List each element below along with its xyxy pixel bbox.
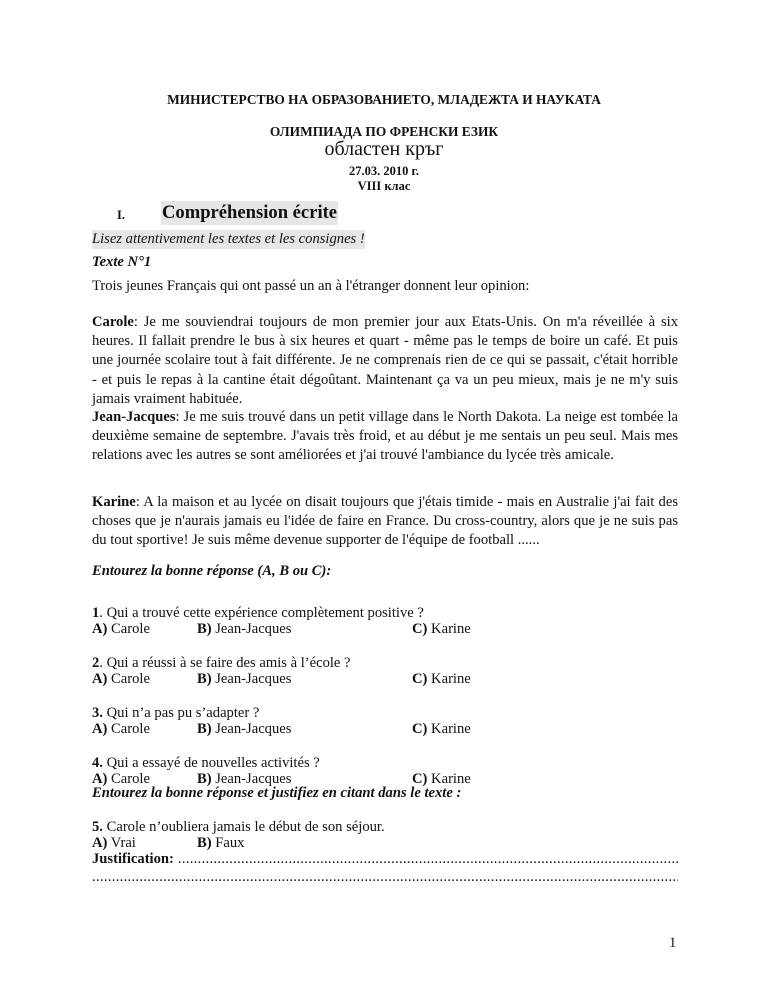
answer-option-b[interactable]: B) Faux	[197, 835, 244, 852]
option-label: Carole	[107, 621, 150, 637]
testimony-text: : A la maison et au lycée on disait touj…	[92, 494, 678, 548]
answer-option-c[interactable]: C) Karine	[412, 671, 471, 688]
reading-instruction: Lisez attentivement les textes et les co…	[92, 230, 365, 249]
option-letter: B)	[197, 835, 212, 851]
speaker-name: Karine	[92, 494, 136, 510]
testimony-carole: Carole: Je me souviendrai toujours de mo…	[92, 313, 678, 409]
answer-option-b[interactable]: B) Jean-Jacques	[197, 621, 291, 638]
ministry-title: МИНИСТЕРСТВО НА ОБРАЗОВАНИЕТО, МЛАДЕЖТА …	[0, 92, 768, 108]
answer-option-b[interactable]: B) Jean-Jacques	[197, 671, 291, 688]
round-title: областен кръг	[0, 138, 768, 161]
question-3: 3. Qui n’a pas pu s’adapter ?	[92, 705, 259, 722]
text-label: Texte N°1	[92, 254, 151, 271]
option-letter: B)	[197, 671, 212, 687]
option-letter: A)	[92, 835, 107, 851]
option-letter: B)	[197, 721, 212, 737]
answer-option-a[interactable]: A) Carole	[92, 621, 150, 638]
answer-option-a[interactable]: A) Carole	[92, 721, 150, 738]
option-label: Carole	[107, 671, 150, 687]
question-number: 3.	[92, 705, 103, 721]
exam-date: 27.03. 2010 г.	[0, 164, 768, 179]
question-5: 5. Carole n’oubliera jamais le début de …	[92, 819, 385, 836]
question-text: Carole n’oubliera jamais le début de son…	[103, 819, 385, 835]
answer-option-a[interactable]: A) Vrai	[92, 835, 136, 852]
round-label: областен кръг	[325, 138, 444, 160]
text-intro: Trois jeunes Français qui ont passé un a…	[92, 278, 529, 295]
question-4: 4. Qui a essayé de nouvelles activités ?	[92, 755, 320, 772]
option-letter: C)	[412, 721, 427, 737]
option-label: Jean-Jacques	[212, 721, 292, 737]
option-label: Carole	[107, 721, 150, 737]
option-letter: C)	[412, 621, 427, 637]
testimony-jean-jacques: Jean-Jacques: Je me suis trouvé dans un …	[92, 408, 678, 466]
option-label: Karine	[427, 721, 470, 737]
question-text: . Qui a réussi à se faire des amis à l’é…	[99, 655, 350, 671]
mc-instruction: Entourez la bonne réponse (A, B ou C):	[92, 563, 331, 580]
grade-label: VIII клас	[0, 179, 768, 194]
option-label: Karine	[427, 621, 470, 637]
option-letter: A)	[92, 721, 107, 737]
testimony-text: : Je me suis trouvé dans un petit villag…	[92, 409, 678, 463]
question-number: 5.	[92, 819, 103, 835]
testimony-text: : Je me souviendrai toujours de mon prem…	[92, 314, 678, 407]
option-letter: C)	[412, 671, 427, 687]
option-letter: B)	[197, 621, 212, 637]
section-number: I.	[117, 208, 125, 223]
question-text: Qui n’a pas pu s’adapter ?	[103, 705, 259, 721]
tf-instruction: Entourez la bonne réponse et justifiez e…	[92, 785, 461, 802]
option-label: Jean-Jacques	[212, 671, 292, 687]
speaker-name: Jean-Jacques	[92, 409, 176, 425]
option-label: Faux	[212, 835, 245, 851]
justification-line[interactable]: Justification: .........................…	[92, 851, 678, 868]
option-label: Karine	[427, 671, 470, 687]
option-letter: A)	[92, 621, 107, 637]
option-label: Vrai	[107, 835, 135, 851]
justification-dots: ........................................…	[178, 851, 678, 868]
testimony-karine: Karine: A la maison et au lycée on disai…	[92, 493, 678, 551]
section-title: Compréhension écrite	[161, 201, 338, 225]
question-number: 4.	[92, 755, 103, 771]
justification-label: Justification:	[92, 851, 174, 868]
option-letter: A)	[92, 671, 107, 687]
question-text: Qui a essayé de nouvelles activités ?	[103, 755, 320, 771]
answer-option-a[interactable]: A) Carole	[92, 671, 150, 688]
answer-option-b[interactable]: B) Jean-Jacques	[197, 721, 291, 738]
document-page: МИНИСТЕРСТВО НА ОБРАЗОВАНИЕТО, МЛАДЕЖТА …	[0, 0, 768, 994]
answer-option-c[interactable]: C) Karine	[412, 721, 471, 738]
question-1: 1. Qui a trouvé cette expérience complèt…	[92, 605, 424, 622]
page-number: 1	[669, 935, 676, 952]
justification-line-2[interactable]: ........................................…	[92, 869, 678, 886]
question-text: . Qui a trouvé cette expérience complète…	[99, 605, 424, 621]
answer-option-c[interactable]: C) Karine	[412, 621, 471, 638]
speaker-name: Carole	[92, 314, 134, 330]
question-2: 2. Qui a réussi à se faire des amis à l’…	[92, 655, 351, 672]
option-label: Jean-Jacques	[212, 621, 292, 637]
